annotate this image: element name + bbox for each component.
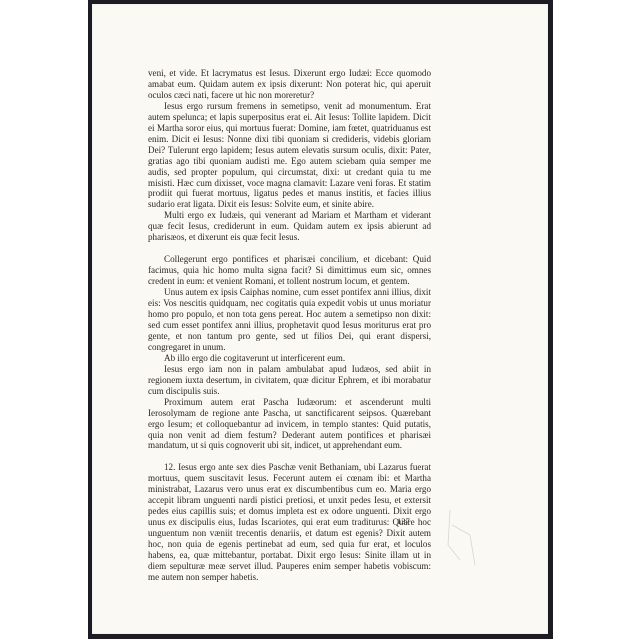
paragraph: Unus autem ex ipsis Caiphas nomine, cum … bbox=[148, 287, 431, 353]
paragraph: 12. Iesus ergo ante sex dies Paschæ veni… bbox=[148, 462, 431, 582]
paragraph: Collegerunt ergo pontifices et pharisæi … bbox=[148, 254, 431, 287]
body-text: veni, et vide. Et lacrymatus est Iesus. … bbox=[148, 68, 431, 583]
pencil-mark-icon bbox=[430, 505, 490, 575]
paragraph: Multi ergo ex Iudæis, qui venerant ad Ma… bbox=[148, 210, 431, 243]
paragraph: Proximum autem erat Pascha Iudæorum: et … bbox=[148, 397, 431, 452]
page-number: 137 bbox=[397, 516, 410, 526]
paragraph: Iesus ergo iam non in palam ambulabat ap… bbox=[148, 364, 431, 397]
paragraph: Ab illo ergo die cogitaverunt ut interfi… bbox=[148, 353, 431, 364]
paragraph: Iesus ergo rursum fremens in semetipso, … bbox=[148, 101, 431, 211]
paragraph: veni, et vide. Et lacrymatus est Iesus. … bbox=[148, 68, 431, 101]
